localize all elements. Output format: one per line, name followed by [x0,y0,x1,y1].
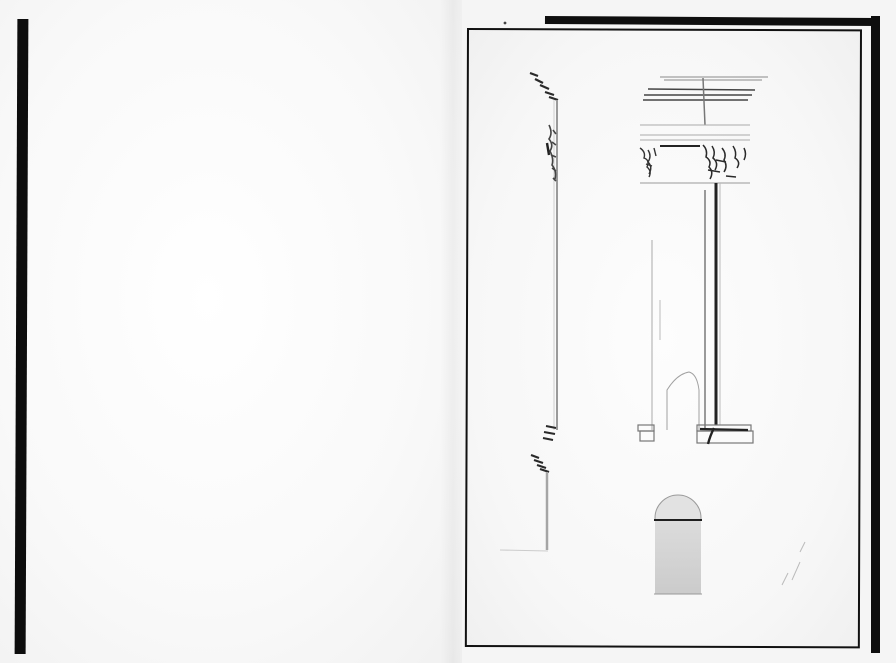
section-profile [500,73,558,551]
architectural-drawing [0,0,896,663]
arched-niche [654,495,702,594]
stray-marks [504,22,805,585]
pilaster-elevation [638,77,768,444]
scanned-sheet [0,0,896,663]
